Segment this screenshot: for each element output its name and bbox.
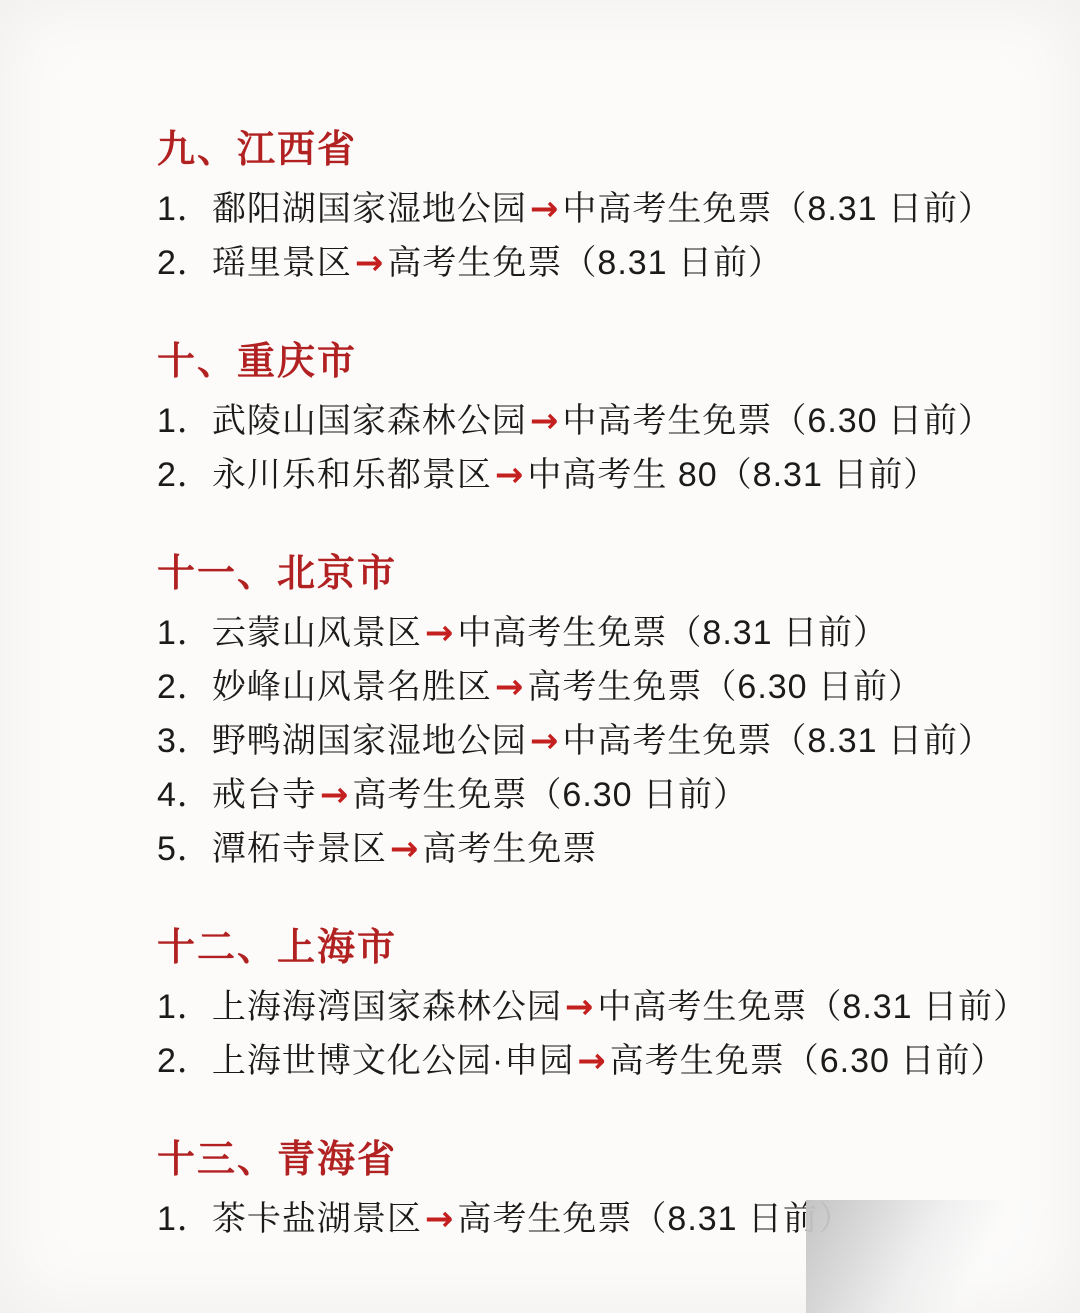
- section-shanghai: 十二、上海市 1．上海海湾国家森林公园→中高考生免票（8.31 日前） 2．上海…: [157, 926, 1040, 1088]
- list-item: 1．武陵山国家森林公园→中高考生免票（6.30 日前）: [157, 394, 1040, 448]
- item-text-before-arrow: 5．潭柘寺景区: [157, 830, 387, 868]
- section-chongqing: 十、重庆市 1．武陵山国家森林公园→中高考生免票（6.30 日前） 2．永川乐和…: [157, 340, 1040, 502]
- item-text-after-arrow: 高考生免票（6.30 日前）: [352, 776, 748, 814]
- list-item: 2．瑶里景区→高考生免票（8.31 日前）: [157, 236, 1040, 290]
- list-item: 5．潭柘寺景区→高考生免票: [157, 822, 1040, 876]
- section-heading: 十一、北京市: [157, 552, 1040, 596]
- item-text-after-arrow: 中高考生免票（6.30 日前）: [562, 402, 993, 440]
- item-text-before-arrow: 2．瑶里景区: [157, 244, 352, 282]
- arrow-icon: →: [527, 721, 563, 761]
- section-heading: 十三、青海省: [157, 1138, 1040, 1182]
- arrow-icon: →: [352, 243, 388, 283]
- arrow-icon: →: [422, 1199, 458, 1239]
- item-text-after-arrow: 中高考生 80（8.31 日前）: [527, 456, 938, 494]
- arrow-icon: →: [387, 829, 423, 869]
- item-text-after-arrow: 中高考生免票（8.31 日前）: [597, 988, 1028, 1026]
- arrow-icon: →: [422, 613, 458, 653]
- item-text-before-arrow: 1．上海海湾国家森林公园: [157, 988, 562, 1026]
- item-text-after-arrow: 中高考生免票（8.31 日前）: [562, 722, 993, 760]
- section-heading: 九、江西省: [157, 128, 1040, 172]
- arrow-icon: →: [492, 455, 528, 495]
- gray-smudge-overlay: [806, 1200, 1080, 1313]
- list-item: 3．野鸭湖国家湿地公园→中高考生免票（8.31 日前）: [157, 714, 1040, 768]
- section-heading: 十、重庆市: [157, 340, 1040, 384]
- list-item: 1．鄱阳湖国家湿地公园→中高考生免票（8.31 日前）: [157, 182, 1040, 236]
- item-text-after-arrow: 中高考生免票（8.31 日前）: [562, 190, 993, 228]
- list-item: 2．上海世博文化公园·申园→高考生免票（6.30 日前）: [157, 1034, 1040, 1088]
- item-text-before-arrow: 2．妙峰山风景名胜区: [157, 668, 492, 706]
- item-text-before-arrow: 1．茶卡盐湖景区: [157, 1200, 422, 1238]
- item-text-before-arrow: 1．鄱阳湖国家湿地公园: [157, 190, 527, 228]
- list-item: 1．上海海湾国家森林公园→中高考生免票（8.31 日前）: [157, 980, 1040, 1034]
- section-heading: 十二、上海市: [157, 926, 1040, 970]
- item-text-before-arrow: 2．永川乐和乐都景区: [157, 456, 492, 494]
- list-item: 4．戒台寺→高考生免票（6.30 日前）: [157, 768, 1040, 822]
- item-text-after-arrow: 高考生免票: [422, 830, 597, 868]
- item-text-after-arrow: 高考生免票（6.30 日前）: [527, 668, 923, 706]
- item-text-after-arrow: 高考生免票（8.31 日前）: [457, 1200, 853, 1238]
- document-body: 九、江西省 1．鄱阳湖国家湿地公园→中高考生免票（8.31 日前） 2．瑶里景区…: [157, 128, 1040, 1296]
- list-item: 2．妙峰山风景名胜区→高考生免票（6.30 日前）: [157, 660, 1040, 714]
- arrow-icon: →: [527, 401, 563, 441]
- arrow-icon: →: [574, 1041, 610, 1081]
- arrow-icon: →: [527, 189, 563, 229]
- section-beijing: 十一、北京市 1．云蒙山风景区→中高考生免票（8.31 日前） 2．妙峰山风景名…: [157, 552, 1040, 876]
- item-text-before-arrow: 1．武陵山国家森林公园: [157, 402, 527, 440]
- item-text-before-arrow: 1．云蒙山风景区: [157, 614, 422, 652]
- item-text-after-arrow: 高考生免票（8.31 日前）: [387, 244, 783, 282]
- arrow-icon: →: [492, 667, 528, 707]
- arrow-icon: →: [317, 775, 353, 815]
- item-text-before-arrow: 4．戒台寺: [157, 776, 317, 814]
- list-item: 2．永川乐和乐都景区→中高考生 80（8.31 日前）: [157, 448, 1040, 502]
- item-text-after-arrow: 中高考生免票（8.31 日前）: [457, 614, 888, 652]
- list-item: 1．云蒙山风景区→中高考生免票（8.31 日前）: [157, 606, 1040, 660]
- item-text-before-arrow: 2．上海世博文化公园·申园: [157, 1042, 574, 1080]
- item-text-after-arrow: 高考生免票（6.30 日前）: [610, 1042, 1006, 1080]
- item-text-before-arrow: 3．野鸭湖国家湿地公园: [157, 722, 527, 760]
- section-jiangxi: 九、江西省 1．鄱阳湖国家湿地公园→中高考生免票（8.31 日前） 2．瑶里景区…: [157, 128, 1040, 290]
- arrow-icon: →: [562, 987, 598, 1027]
